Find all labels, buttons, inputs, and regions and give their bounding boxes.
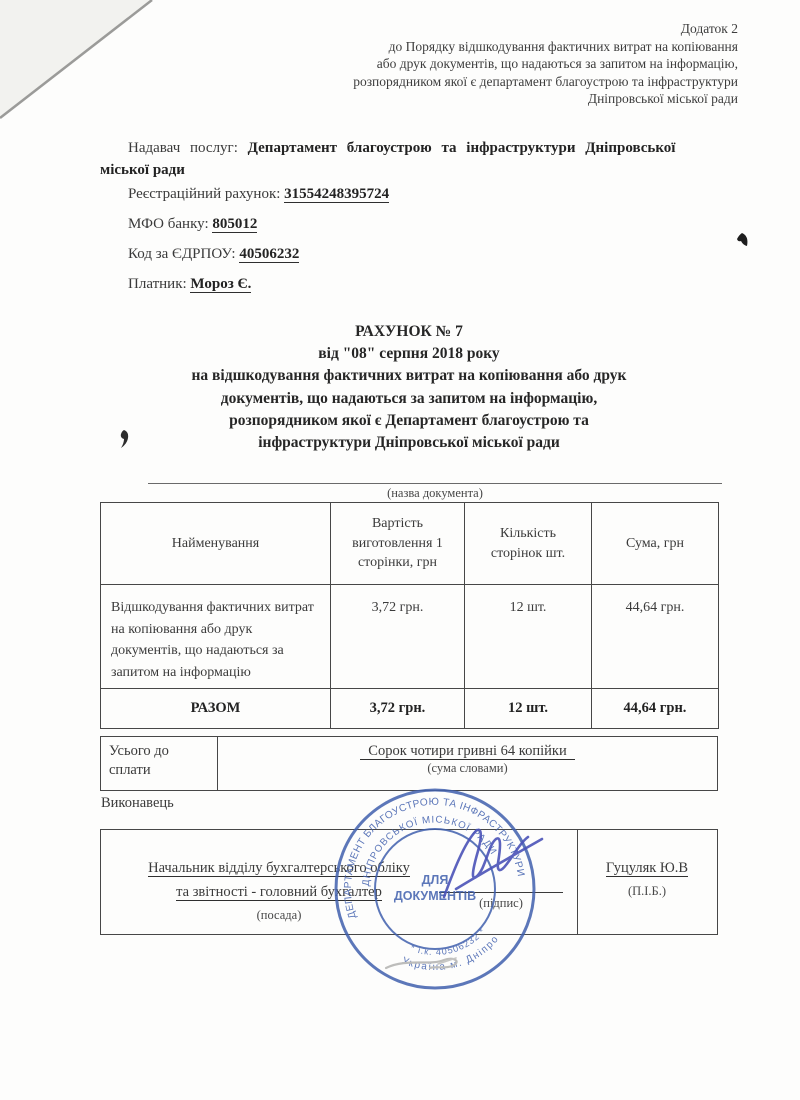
signer-name-caption: (П.І.Б.) (577, 884, 717, 899)
invoice-title: РАХУНОК № 7 від "08" серпня 2018 року на… (100, 321, 718, 454)
detail-registration-account: Реєстраційний рахунок: 31554248395724 (128, 184, 389, 204)
details-block: Реєстраційний рахунок: 31554248395724 МФ… (128, 184, 389, 304)
cost-table: Найменування Вартість виготовлення 1 сто… (100, 502, 719, 729)
cell-item-name: Відшкодування фактичних витрат на копіюв… (101, 585, 331, 689)
amount-in-words: Сорок чотири гривні 64 копійки (360, 743, 574, 760)
title-line-1: РАХУНОК № 7 (100, 321, 718, 343)
amount-words-caption: (сума словами) (218, 761, 717, 776)
cost-table-data-row: Відшкодування фактичних витрат на копіюв… (101, 585, 719, 689)
detail-bank-mfo: МФО банку: 805012 (128, 214, 389, 234)
appendix-line-1: Додаток 2 (118, 20, 738, 38)
title-line-4: документів, що надаються за запитом на і… (100, 388, 718, 410)
detail-label: МФО банку: (128, 216, 209, 232)
cell-total-price: 3,72 грн. (331, 689, 465, 729)
column-header-sum: Сума, грн (592, 503, 719, 585)
detail-label: Реєстраційний рахунок: (128, 186, 280, 202)
detail-value: 31554248395724 (284, 186, 389, 203)
doc-name-caption: (назва документа) (148, 486, 722, 501)
provider-label: Надавач послуг: (128, 140, 238, 156)
cost-table-header-row: Найменування Вартість виготовлення 1 сто… (101, 503, 719, 585)
cell-total-sum: 44,64 грн. (592, 689, 719, 729)
detail-edrpou-code: Код за ЄДРПОУ: 40506232 (128, 244, 389, 264)
appendix-line-4: розпорядником якої є департамент благоус… (118, 73, 738, 91)
appendix-header: Додаток 2 до Порядку відшкодування факти… (118, 20, 738, 108)
title-line-2: від "08" серпня 2018 року (100, 343, 718, 365)
total-due-amount-area: Сорок чотири гривні 64 копійки (сума сло… (218, 737, 717, 776)
detail-value: Мороз Є. (190, 276, 251, 293)
provider-value-line1: Департамент благоустрою та інфраструктур… (248, 140, 676, 156)
signer-name: Гуцуляк Ю.В (577, 860, 717, 877)
detail-payer: Платник: Мороз Є. (128, 274, 389, 294)
appendix-line-2: до Порядку відшкодування фактичних витра… (118, 38, 738, 56)
detail-label: Код за ЄДРПОУ: (128, 246, 236, 262)
column-header-name: Найменування (101, 503, 331, 585)
provider-paragraph: Надавач послуг: Департамент благоустрою … (100, 138, 750, 181)
pencil-mark-artifact (378, 946, 508, 982)
column-header-qty: Кількість сторінок шт. (465, 503, 592, 585)
column-header-price: Вартість виготовлення 1 сторінки, грн (331, 503, 465, 585)
provider-value-line2: міської ради (100, 160, 750, 182)
cost-table-total-row: РАЗОМ 3,72 грн. 12 шт. 44,64 грн. (101, 689, 719, 729)
cell-item-qty: 12 шт. (465, 585, 592, 689)
title-line-3: на відшкодування фактичних витрат на коп… (100, 365, 718, 387)
detail-label: Платник: (128, 276, 187, 292)
cell-total-label: РАЗОМ (101, 689, 331, 729)
scanned-invoice-page: Додаток 2 до Порядку відшкодування факти… (0, 0, 800, 1100)
executor-label: Виконавець (101, 795, 174, 812)
appendix-line-3: або друк документів, що надаються за зап… (118, 55, 738, 73)
title-line-6: інфраструктури Дніпровської міської ради (100, 432, 718, 454)
total-due-label: Усього до сплати (101, 737, 218, 790)
detail-value: 40506232 (239, 246, 299, 263)
handwritten-signature (430, 815, 580, 915)
appendix-line-5: Дніпровської міської ради (118, 90, 738, 108)
doc-name-rule (148, 483, 722, 484)
detail-value: 805012 (212, 216, 257, 233)
cell-item-price: 3,72 грн. (331, 585, 465, 689)
ink-dot-artifact (737, 230, 755, 250)
cell-total-qty: 12 шт. (465, 689, 592, 729)
cell-item-sum: 44,64 грн. (592, 585, 719, 689)
title-line-5: розпорядником якої є Департамент благоус… (100, 410, 718, 432)
